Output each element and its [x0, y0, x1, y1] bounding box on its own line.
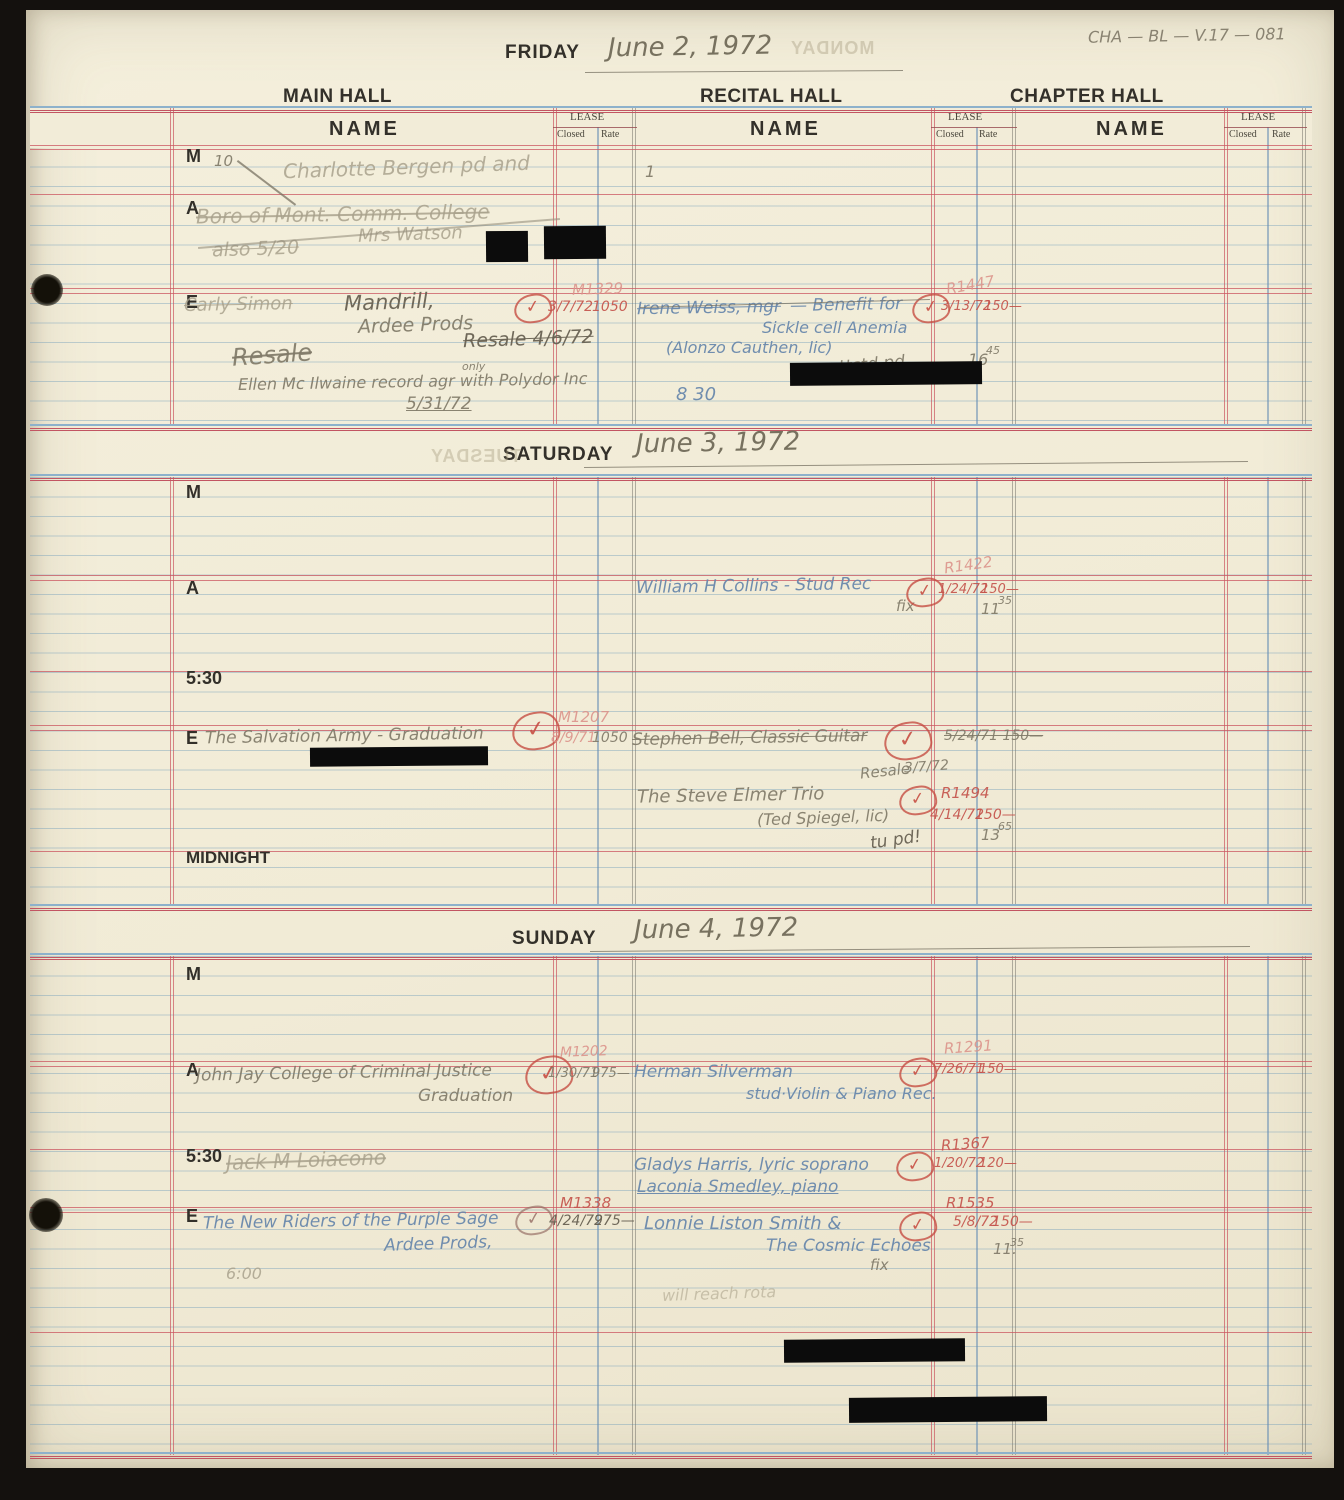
name-header-recital: NAME: [750, 118, 821, 141]
punch-hole: [29, 1198, 63, 1232]
name-header-chapter: NAME: [1096, 118, 1167, 141]
day-label-saturday: SATURDAY: [503, 444, 613, 466]
rate-header-recital: Rate: [979, 129, 997, 140]
closed-header-recital: Closed: [936, 129, 964, 140]
closed-header-main: Closed: [557, 129, 585, 140]
hall-title-recital: RECITAL HALL: [700, 86, 843, 108]
punch-hole: [31, 274, 63, 306]
scanned-ledger-page: FRIDAY June 2, 1972 CHA — BL — V.17 — 08…: [0, 0, 1344, 1500]
lease-header-main: LEASE: [570, 111, 604, 123]
date-friday: June 2, 1972: [608, 31, 773, 64]
date-sunday: June 4, 1972: [634, 913, 799, 946]
closed-header-chapter: Closed: [1229, 129, 1257, 140]
sunday-table: [30, 956, 1312, 1455]
lease-header-chapter: LEASE: [1241, 111, 1275, 123]
date-saturday: June 3, 1972: [636, 427, 801, 460]
lease-header-recital: LEASE: [948, 111, 982, 123]
archive-code: CHA — BL — V.17 — 081: [1088, 24, 1286, 46]
rate-header-chapter: Rate: [1272, 129, 1290, 140]
rate-header-main: Rate: [601, 129, 619, 140]
day-label-sunday: SUNDAY: [512, 928, 597, 950]
saturday-table: [30, 477, 1312, 904]
hall-title-main: MAIN HALL: [283, 86, 392, 108]
hall-title-chapter: CHAPTER HALL: [1010, 86, 1164, 108]
day-label-friday: FRIDAY: [505, 42, 580, 64]
name-header-main: NAME: [329, 118, 400, 141]
friday-table: [30, 108, 1312, 424]
